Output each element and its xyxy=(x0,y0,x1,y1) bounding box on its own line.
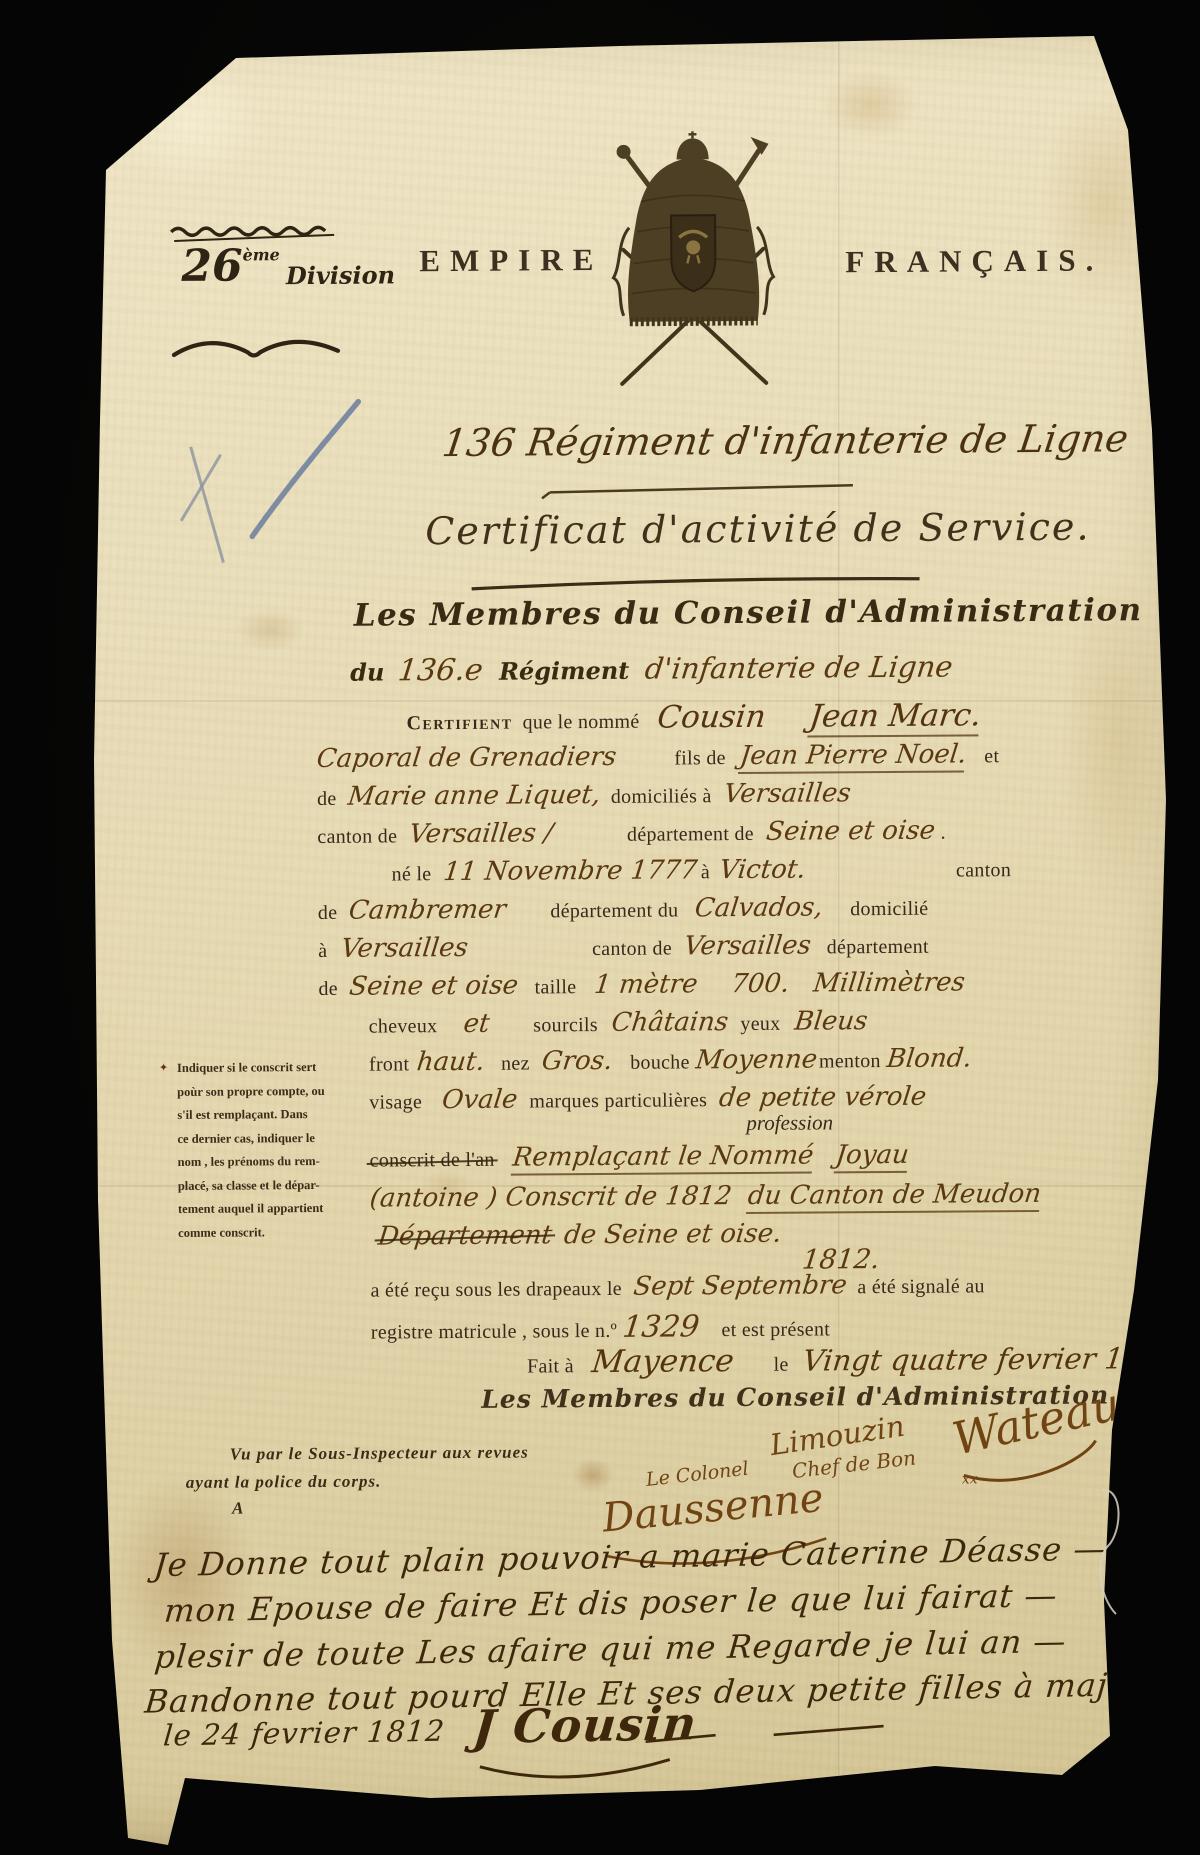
text-segment: de Seine et oise. xyxy=(562,1219,783,1251)
cord-left xyxy=(613,228,630,316)
text-segment: de xyxy=(318,978,338,1001)
text-segment: Seine et oise xyxy=(348,971,520,1002)
ink-dash xyxy=(774,1726,884,1735)
margin-note-line: ce dernier cas, indiquer le xyxy=(177,1126,363,1151)
text-segment: haut. xyxy=(416,1047,487,1077)
text-segment: et est présent xyxy=(721,1318,830,1342)
margin-note-line: Indiquer si le conscrit sert xyxy=(177,1056,363,1081)
eagle-body xyxy=(686,240,700,254)
brace-flourish xyxy=(174,342,338,356)
text-segment: Blond. xyxy=(885,1043,973,1074)
imperial-crown xyxy=(676,138,708,159)
body-line-caporal: Caporal de Grenadiersfils deJean Pierre … xyxy=(317,739,1000,777)
text-segment: département de xyxy=(627,823,754,847)
text-segment: 136.e xyxy=(396,653,485,689)
council-heading: Les Membres du Conseil d'Administration xyxy=(354,592,1143,634)
text-segment: Moyenne xyxy=(694,1044,819,1075)
masthead-francais: FRANÇAIS. xyxy=(845,242,1103,280)
margin-note-line: poùr son propre compte, ou xyxy=(177,1079,363,1104)
text-segment: Jean Pierre Noel. xyxy=(738,739,968,774)
text-segment: département du xyxy=(550,899,678,923)
text-segment: département xyxy=(827,936,929,960)
body-line-antoine: (antoine ) Conscrit de 1812du Canton de … xyxy=(370,1179,1041,1217)
masthead-empire: EMPIRE xyxy=(419,242,603,279)
body-line-birth: né le11 Novembre 1777àVictot.canton xyxy=(392,853,1012,887)
text-segment: Joyau xyxy=(833,1140,910,1174)
text-segment: taille xyxy=(535,976,577,999)
body-line-certifient: Certifientque le nomméCousinJean Marc. xyxy=(406,697,981,740)
body-line-profession: profession xyxy=(746,1110,833,1136)
text-segment: d'infanterie de Ligne xyxy=(643,650,954,686)
text-segment: de xyxy=(318,902,338,925)
body-line-face-features: fronthaut.nezGros.boucheMoyennementonBlo… xyxy=(369,1043,972,1077)
certificate-title: Certificat d'activité de Service. xyxy=(425,505,1091,554)
text-segment: conscrit de l'an xyxy=(370,1149,495,1173)
division-suffix: ème xyxy=(242,245,279,264)
text-segment: fils de xyxy=(674,747,726,770)
squiggle-line xyxy=(171,227,325,235)
body-line-registre: registre matricule , sous le n.º1329et e… xyxy=(371,1308,830,1346)
text-segment: canton de xyxy=(592,937,672,961)
text-segment: bouche xyxy=(630,1051,690,1074)
body-line-drapeaux: a été reçu sous les drapeaux leSept Sept… xyxy=(370,1269,984,1303)
text-segment: Bleus xyxy=(793,1006,869,1037)
text-segment: Ovale xyxy=(440,1085,519,1116)
document-paper: 26ème Division EMPIRE FRANÇAIS. xyxy=(0,0,1200,1855)
text-segment: cheveux xyxy=(369,1015,438,1038)
text-segment: le xyxy=(774,1354,789,1377)
text-segment: Châtains xyxy=(610,1007,730,1038)
body-line-visage: visageOvalemarques particulièresde petit… xyxy=(369,1082,926,1116)
text-segment: Gros. xyxy=(540,1046,614,1077)
text-segment: . xyxy=(941,822,946,845)
text-segment: de petite vérole xyxy=(717,1082,928,1113)
division-word: Division xyxy=(286,260,395,290)
text-segment: nez xyxy=(501,1052,530,1075)
bottom-note-date: le 24 fevrier 1812 xyxy=(162,1714,446,1753)
margin-note-star: ✦ xyxy=(159,1061,168,1074)
pencil-mark-x xyxy=(181,455,221,521)
scepter-hand xyxy=(617,145,631,159)
inspector-line1: Vu par le Sous-Inspecteur aux revues xyxy=(230,1443,529,1465)
title-rule-hook xyxy=(542,492,550,498)
pencil-mark-blue xyxy=(251,402,359,537)
section-rule xyxy=(472,578,920,589)
text-segment: Département xyxy=(376,1220,553,1251)
text-segment: 1 mètre xyxy=(593,969,700,1000)
body-line-remplacant: conscrit de l'anRemplaçant le NomméJoyau xyxy=(370,1140,909,1177)
text-segment: Seine et oise xyxy=(764,816,936,847)
text-segment: (antoine ) Conscrit de 1812 xyxy=(368,1181,733,1214)
text-segment: 700. xyxy=(730,969,791,999)
text-segment: Mayence xyxy=(590,1343,736,1380)
crown-cross xyxy=(688,131,696,139)
signature-flourish xyxy=(480,1760,670,1778)
text-segment: domicilié xyxy=(850,898,928,922)
text-segment: Vingt quatre fevrier 1813. xyxy=(801,1341,1190,1378)
text-segment: Jean Marc. xyxy=(807,697,983,737)
document-content: 26ème Division EMPIRE FRANÇAIS. xyxy=(0,0,1200,1855)
text-segment: Caporal de Grenadiers xyxy=(315,742,618,774)
text-segment: du xyxy=(350,657,384,686)
text-segment: Versailles xyxy=(722,778,852,809)
text-segment: front xyxy=(369,1053,410,1076)
text-segment: Cousin xyxy=(655,699,767,736)
text-segment: et xyxy=(984,745,999,768)
margin-note-line: comme conscrit. xyxy=(178,1220,364,1245)
text-segment: que le nommé xyxy=(522,711,639,735)
text-segment: registre matricule , sous le n.º xyxy=(371,1320,617,1345)
margin-note: Indiquer si le conscrit sertpoùr son pro… xyxy=(177,1056,364,1245)
text-segment: Versailles xyxy=(682,931,812,962)
body-line-height: deSeine et oisetaille1 mètre700.Millimèt… xyxy=(318,967,965,1002)
pencil-mark-x xyxy=(191,447,224,563)
body-line-regiment: du136.eRégimentd'infanterie de Ligne xyxy=(350,650,953,689)
body-line-residence: àVersaillescanton deVersaillesdépartemen… xyxy=(318,930,929,964)
signature-wateau-mark: xx xyxy=(962,1471,978,1487)
text-segment: et xyxy=(462,1009,491,1039)
paper-thread xyxy=(1088,1480,1148,1640)
text-segment: du Canton de Meudon xyxy=(746,1179,1043,1214)
margin-note-line: s'il est remplaçant. Dans xyxy=(177,1103,363,1128)
division-number: 26ème Division xyxy=(181,239,393,291)
body-line-fait: Fait àMayenceleVingt quatre fevrier 1813… xyxy=(527,1340,1188,1381)
text-segment: Millimètres xyxy=(812,967,967,998)
text-segment: canton de xyxy=(317,825,397,849)
title-rule xyxy=(550,485,853,492)
body-line-parents: deMarie anne Liquet,domiciliés àVersaill… xyxy=(317,778,850,812)
body-line-hair: cheveuxetsourcilsChâtainsyeuxBleus xyxy=(369,1006,868,1039)
text-segment: domiciliés à xyxy=(611,785,712,809)
body-line-cambremer: deCambremerdépartement duCalvados,domici… xyxy=(318,892,929,926)
text-segment: Régiment xyxy=(499,656,630,686)
text-segment: né le xyxy=(392,863,432,886)
bottom-note-signature: J Cousin xyxy=(471,1696,699,1754)
division-number-text: 26 xyxy=(181,240,243,291)
text-segment: sourcils xyxy=(533,1014,598,1037)
text-segment: Calvados, xyxy=(693,892,824,923)
body-line-departement: Départementde Seine et oise. xyxy=(378,1219,781,1252)
text-segment: Victot. xyxy=(718,855,807,886)
text-segment: Cambremer xyxy=(348,895,508,926)
text-segment: Marie anne Liquet, xyxy=(347,780,603,812)
text-segment: menton xyxy=(819,1050,881,1073)
text-segment: de xyxy=(317,788,337,811)
text-segment: Sept Septembre xyxy=(632,1270,849,1302)
cord-right xyxy=(757,227,774,315)
text-segment: 11 Novembre 1777 xyxy=(442,855,699,887)
text-segment: a été reçu sous les drapeaux le xyxy=(370,1278,622,1303)
text-segment: Versailles / xyxy=(407,818,554,849)
body-line-canton: canton deVersailles /département deSeine… xyxy=(317,816,946,850)
text-segment: Remplaçant le Nommé xyxy=(511,1141,815,1176)
margin-note-line: placé, sa classe et le dépar- xyxy=(178,1173,364,1198)
text-segment: canton xyxy=(956,859,1011,882)
text-segment: Fait à xyxy=(527,1355,574,1378)
regiment-title: 136 Régiment d'infanterie de Ligne xyxy=(440,416,1131,465)
text-segment: visage xyxy=(369,1091,422,1114)
photograph-of-document: 26ème Division EMPIRE FRANÇAIS. xyxy=(0,0,1200,1855)
text-segment: à xyxy=(701,861,710,884)
text-segment: Versailles xyxy=(340,933,470,964)
text-segment: a été signalé au xyxy=(857,1275,985,1299)
text-segment: Certifient xyxy=(406,712,512,736)
text-segment: à xyxy=(318,940,327,963)
margin-note-line: nom , les prénoms du rem- xyxy=(178,1150,364,1175)
text-segment: profession xyxy=(746,1110,833,1136)
text-segment: 1329 xyxy=(621,1309,701,1345)
text-segment: marques particulières xyxy=(529,1089,707,1113)
inspector-line3: A xyxy=(232,1498,244,1518)
text-segment: yeux xyxy=(740,1013,780,1036)
inspector-line2: ayant la police du corps. xyxy=(186,1472,382,1493)
imperial-eagle-emblem xyxy=(592,131,794,402)
margin-note-line: tement auquel il appartient xyxy=(178,1197,364,1222)
